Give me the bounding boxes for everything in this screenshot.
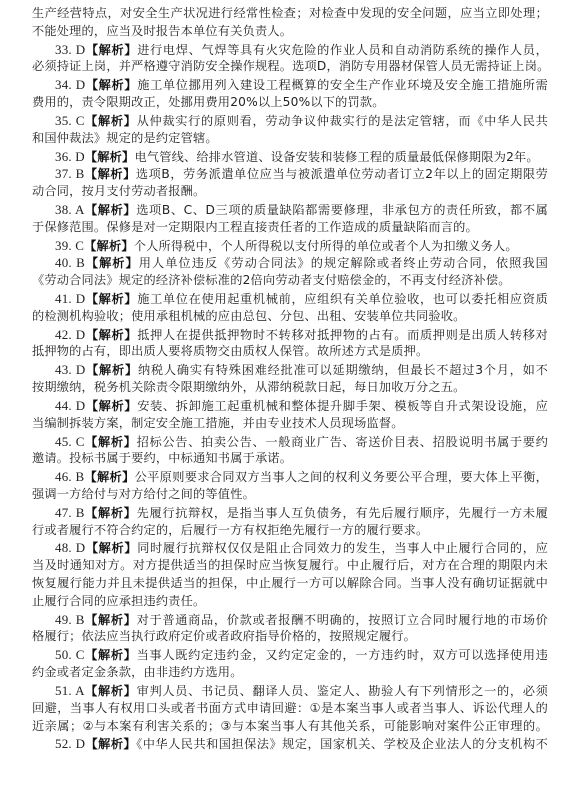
answer-number: 38. A xyxy=(55,202,85,217)
text-line: 必须持证上岗，并严格遵守消防安全操作规程。选项D，消防专用器材保管人员无需持证上… xyxy=(32,58,548,76)
answer-line: 50. C【解析】当事人既约定违约金，又约定定金的，一方违约时，双方可以选择使用… xyxy=(32,646,548,664)
line-text: 先履行抗辩权，是指当事人互负债务，有先后履行顺序，先履行一方未履 xyxy=(137,506,548,520)
line-text: 按期缴纳，税务机关除责令限期缴纳外，从滞纳税款日起，每日加收万分之五。 xyxy=(32,380,466,394)
analysis-label: 【解析】 xyxy=(84,239,134,253)
answer-line: 39. C【解析】个人所得税中，个人所得税以支付所得的单位或者个人为扣缴义务人。 xyxy=(32,237,548,255)
line-text: 邀请。投标书属于要约，中标通知书属于承诺。 xyxy=(32,451,292,465)
answer-line: 33. D【解析】进行电焊、气焊等具有火灾危险的作业人员和自动消防系统的操作人员… xyxy=(32,41,548,59)
line-text: 约金或者定金条款，由非违约方选用。 xyxy=(32,665,243,679)
text-line: 费用的，责令限期改正，处挪用费用20%以上50%以下的罚款。 xyxy=(32,94,548,112)
answer-line: 48. D【解析】同时履行抗辩权仅仅是阻止合同效力的发生，当事人中止履行合同的，… xyxy=(32,539,548,557)
text-line: 约金或者定金条款，由非违约方选用。 xyxy=(32,664,548,682)
line-text: 进行电焊、气焊等具有火灾危险的作业人员和自动消防系统的操作人员， xyxy=(137,43,548,57)
answer-number: 39. C xyxy=(55,238,84,253)
line-text: 行或者履行不符合约定的，后履行一方有权拒绝先履行一方的履行要求。 xyxy=(32,523,428,537)
line-text: 费用的，责令限期改正，处挪用费用20%以上50%以下的罚款。 xyxy=(32,95,385,109)
text-line: 按期缴纳，税务机关除责令限期缴纳外，从滞纳税款日起，每日加收万分之五。 xyxy=(32,379,548,397)
line-text: 回避，当事人有权用口头或者书面方式申请回避：①是本案当事人或者当事人、诉讼代理人… xyxy=(32,701,548,715)
line-text: 生产经营特点，对安全生产状况进行经常性检查；对检查中发现的安全问题，应当立即处理… xyxy=(32,6,548,20)
analysis-label: 【解析】 xyxy=(85,399,137,413)
answer-line: 51. A【解析】审判人员、书记员、翻译人员、鉴定人、勘验人有下列情形之一的，必… xyxy=(32,682,548,700)
answer-number: 42. D xyxy=(55,327,85,342)
answer-line: 35. C【解析】从仲裁实行的原则看，劳动争议仲裁实行的是法定管辖，而《中华人民… xyxy=(32,112,548,130)
analysis-label: 【解析】 xyxy=(85,256,139,270)
analysis-label: 【解析】 xyxy=(85,648,137,662)
answer-number: 50. C xyxy=(55,647,85,662)
answer-line: 36. D【解析】电气管线、给排水管道、设备安装和装修工程的质量最低保修期限为2… xyxy=(32,148,548,166)
analysis-label: 【解析】 xyxy=(85,114,137,128)
line-text: 纳税人确实有特殊困难经批准可以延期缴纳，但最长不超过3个月，如不 xyxy=(138,363,548,377)
answer-line: 45. C【解析】招标公告、拍卖公告、一般商业广告、寄送价目表、招股说明书属于要… xyxy=(32,433,548,451)
line-text: 的检测机构验收；使用承租机械的应由总包、分包、出租、安装单位共同验收。 xyxy=(32,309,466,323)
line-text: 电气管线、给排水管道、设备安装和装修工程的质量最低保修期限为2年。 xyxy=(134,150,538,164)
analysis-label: 【解析】 xyxy=(85,167,136,181)
line-text: 选项B，劳务派遣单位应当与被派遣单位劳动者订立2年以上的固定期限劳 xyxy=(136,167,548,181)
analysis-label: 【解析】 xyxy=(85,328,137,342)
answer-number: 49. B xyxy=(55,612,85,627)
text-line: 止履行合同的应承担违约责任。 xyxy=(32,593,548,611)
analysis-label: 【解析】 xyxy=(85,435,137,449)
text-line: 恢复履行能力并且未提供适当的担保，中止履行一方可以解除合同。当事人没有确切证据就… xyxy=(32,575,548,593)
answer-number: 33. D xyxy=(55,42,85,57)
line-text: 对于普通商品，价款或者报酬不明确的，按照订立合同时履行地的市场价 xyxy=(137,613,548,627)
text-line: 行或者履行不符合约定的，后履行一方有权拒绝先履行一方的履行要求。 xyxy=(32,522,548,540)
analysis-label: 【解析】 xyxy=(85,203,137,217)
line-text: 当事人既约定违约金，又约定定金的，一方违约时，双方可以选择使用违 xyxy=(137,648,548,662)
line-text: 选项B、C、D三项的质量缺陷都需要修理，非承包方的责任所致，都不属 xyxy=(136,203,548,217)
answer-line: 49. B【解析】对于普通商品，价款或者报酬不明确的，按照订立合同时履行地的市场… xyxy=(32,611,548,629)
line-text: 《劳动合同法》规定的经济补偿标准的2倍向劳动者支付赔偿金的，不再支付经济补偿。 xyxy=(32,273,511,287)
text-line: 《劳动合同法》规定的经济补偿标准的2倍向劳动者支付赔偿金的，不再支付经济补偿。 xyxy=(32,272,548,290)
line-text: 施工单位在使用起重机械前，应组织有关单位验收，也可以委托相应资质 xyxy=(137,292,548,306)
answer-line: 47. B【解析】先履行抗辩权，是指当事人互负债务，有先后履行顺序，先履行一方未… xyxy=(32,504,548,522)
line-text: 必须持证上岗，并严格遵守消防安全操作规程。选项D，消防专用器材保管人员无需持证上… xyxy=(32,59,548,73)
answer-line: 34. D【解析】施工单位挪用列入建设工程概算的安全生产作业环境及安全施工措施所… xyxy=(32,76,548,94)
answer-number: 45. C xyxy=(55,434,85,449)
answer-line: 44. D【解析】安装、拆卸施工起重机械和整体提升脚手架、模板等自升式架设设施，… xyxy=(32,397,548,415)
analysis-label: 【解析】 xyxy=(85,363,137,377)
answer-number: 35. C xyxy=(55,113,85,128)
line-text: 恢复履行能力并且未提供适当的担保，中止履行一方可以解除合同。当事人没有确切证据就… xyxy=(32,576,548,590)
answer-number: 37. B xyxy=(55,166,85,181)
line-text: 当编制拆装方案，制定安全施工措施，并由专业技术人员现场监督。 xyxy=(32,416,404,430)
line-text: 安装、拆卸施工起重机械和整体提升脚手架、模板等自升式架设设施，应 xyxy=(137,399,548,413)
answer-number: 44. D xyxy=(55,398,85,413)
text-line: 回避，当事人有权用口头或者书面方式申请回避：①是本案当事人或者当事人、诉讼代理人… xyxy=(32,700,548,718)
text-line: 生产经营特点，对安全生产状况进行经常性检查；对检查中发现的安全问题，应当立即处理… xyxy=(32,5,548,23)
answer-number: 41. D xyxy=(55,291,85,306)
text-line: 当及时通知对方。对方提供适当的担保时应当恢复履行。中止履行后，对方在合理的期限内… xyxy=(32,557,548,575)
line-text: 公平原则要求合同双方当事人之间的权利义务要公平合理，要大体上平衡， xyxy=(135,470,548,484)
answer-number: 40. B xyxy=(55,255,85,270)
answer-number: 43. D xyxy=(55,362,85,377)
line-text: 从仲裁实行的原则看，劳动争议仲裁实行的是法定管辖，而《中华人民共 xyxy=(137,114,548,128)
text-line: 抵押物的占有，即出质人要将质物交由质权人保管。故所述方式是质押。 xyxy=(32,343,548,361)
answer-number: 34. D xyxy=(55,77,85,92)
answer-line: 40. B【解析】用人单位违反《劳动合同法》的规定解除或者终止劳动合同，依照我国 xyxy=(32,254,548,272)
text-line: 强调一方给付与对方给付之间的等值性。 xyxy=(32,486,548,504)
line-text: 不能处理的，应当及时报告本单位有关负责人。 xyxy=(32,24,292,38)
line-text: 于保修范围。保修是对一定期限内工程直接责任者的工作造成的质量缺陷而言的。 xyxy=(32,220,478,234)
line-text: 动合同，按月支付劳动者报酬。 xyxy=(32,184,205,198)
text-line: 和国仲裁法》规定的是约定管辖。 xyxy=(32,130,548,148)
analysis-label: 【解析】 xyxy=(85,292,137,306)
answer-line: 37. B【解析】选项B，劳务派遣单位应当与被派遣单位劳动者订立2年以上的固定期… xyxy=(32,165,548,183)
text-line: 的检测机构验收；使用承租机械的应由总包、分包、出租、安装单位共同验收。 xyxy=(32,308,548,326)
analysis-label: 【解析】 xyxy=(85,78,137,92)
answer-line: 38. A【解析】选项B、C、D三项的质量缺陷都需要修理，非承包方的责任所致，都… xyxy=(32,201,548,219)
answer-line: 43. D【解析】纳税人确实有特殊困难经批准可以延期缴纳，但最长不超过3个月，如… xyxy=(32,361,548,379)
answer-line: 52. D【解析】《中华人民共和国担保法》规定，国家机关、学校及企业法人的分支机… xyxy=(32,735,548,753)
answer-number: 46. B xyxy=(55,469,84,484)
text-line: 近亲属；②与本案有利害关系的；③与本案当事人有其他关系，可能影响对案件公正审理的… xyxy=(32,718,548,736)
line-text: 个人所得税中，个人所得税以支付所得的单位或者个人为扣缴义务人。 xyxy=(134,239,518,253)
answer-number: 48. D xyxy=(55,540,85,555)
line-text: 抵押物的占有，即出质人要将质物交由质权人保管。故所述方式是质押。 xyxy=(32,344,428,358)
line-text: 施工单位挪用列入建设工程概算的安全生产作业环境及安全施工措施所需 xyxy=(137,78,548,92)
text-line: 邀请。投标书属于要约，中标通知书属于承诺。 xyxy=(32,450,548,468)
answer-number: 47. B xyxy=(55,505,85,520)
answer-number: 36. D xyxy=(55,149,85,164)
analysis-label: 【解析】 xyxy=(85,43,137,57)
line-text: 近亲属；②与本案有利害关系的；③与本案当事人有其他关系，可能影响对案件公正审理的… xyxy=(32,719,548,733)
document-page: 生产经营特点，对安全生产状况进行经常性检查；对检查中发现的安全问题，应当立即处理… xyxy=(32,5,548,753)
answer-line: 46. B【解析】公平原则要求合同双方当事人之间的权利义务要公平合理，要大体上平… xyxy=(32,468,548,486)
line-text: 和国仲裁法》规定的是约定管辖。 xyxy=(32,131,218,145)
line-text: 用人单位违反《劳动合同法》的规定解除或者终止劳动合同，依照我国 xyxy=(139,256,548,270)
text-line: 于保修范围。保修是对一定期限内工程直接责任者的工作造成的质量缺陷而言的。 xyxy=(32,219,548,237)
analysis-label: 【解析】 xyxy=(85,541,137,555)
line-text: 审判人员、书记员、翻译人员、鉴定人、勘验人有下列情形之一的，必须 xyxy=(137,684,548,698)
analysis-label: 【解析】 xyxy=(85,613,137,627)
text-line: 当编制拆装方案，制定安全施工措施，并由专业技术人员现场监督。 xyxy=(32,415,548,433)
answer-line: 42. D【解析】抵押人在提供抵押物时不转移对抵押物的占有。而质押则是出质人转移… xyxy=(32,326,548,344)
answer-line: 41. D【解析】施工单位在使用起重机械前，应组织有关单位验收，也可以委托相应资… xyxy=(32,290,548,308)
line-text: 《中华人民共和国担保法》规定，国家机关、学校及企业法人的分支机构不 xyxy=(136,737,548,751)
analysis-label: 【解析】 xyxy=(85,150,135,164)
line-text: 止履行合同的应承担违约责任。 xyxy=(32,594,205,608)
line-text: 当及时通知对方。对方提供适当的担保时应当恢复履行。中止履行后，对方在合理的期限内… xyxy=(32,558,548,572)
line-text: 招标公告、拍卖公告、一般商业广告、寄送价目表、招股说明书属于要约 xyxy=(137,435,548,449)
line-text: 同时履行抗辩权仅仅是阻止合同效力的发生，当事人中止履行合同的，应 xyxy=(137,541,548,555)
analysis-label: 【解析】 xyxy=(85,506,137,520)
line-text: 强调一方给付与对方给付之间的等值性。 xyxy=(32,487,255,501)
analysis-label: 【解析】 xyxy=(85,684,137,698)
text-line: 格履行；依法应当执行政府定价或者政府指导价格的，按照规定履行。 xyxy=(32,628,548,646)
line-text: 抵押人在提供抵押物时不转移对抵押物的占有。而质押则是出质人转移对 xyxy=(137,328,548,342)
analysis-label: 【解析】 xyxy=(85,737,136,751)
text-line: 动合同，按月支付劳动者报酬。 xyxy=(32,183,548,201)
line-text: 格履行；依法应当执行政府定价或者政府指导价格的，按照规定履行。 xyxy=(32,629,416,643)
answer-number: 51. A xyxy=(55,683,85,698)
text-line: 不能处理的，应当及时报告本单位有关负责人。 xyxy=(32,23,548,41)
analysis-label: 【解析】 xyxy=(84,470,134,484)
answer-number: 52. D xyxy=(55,736,85,751)
